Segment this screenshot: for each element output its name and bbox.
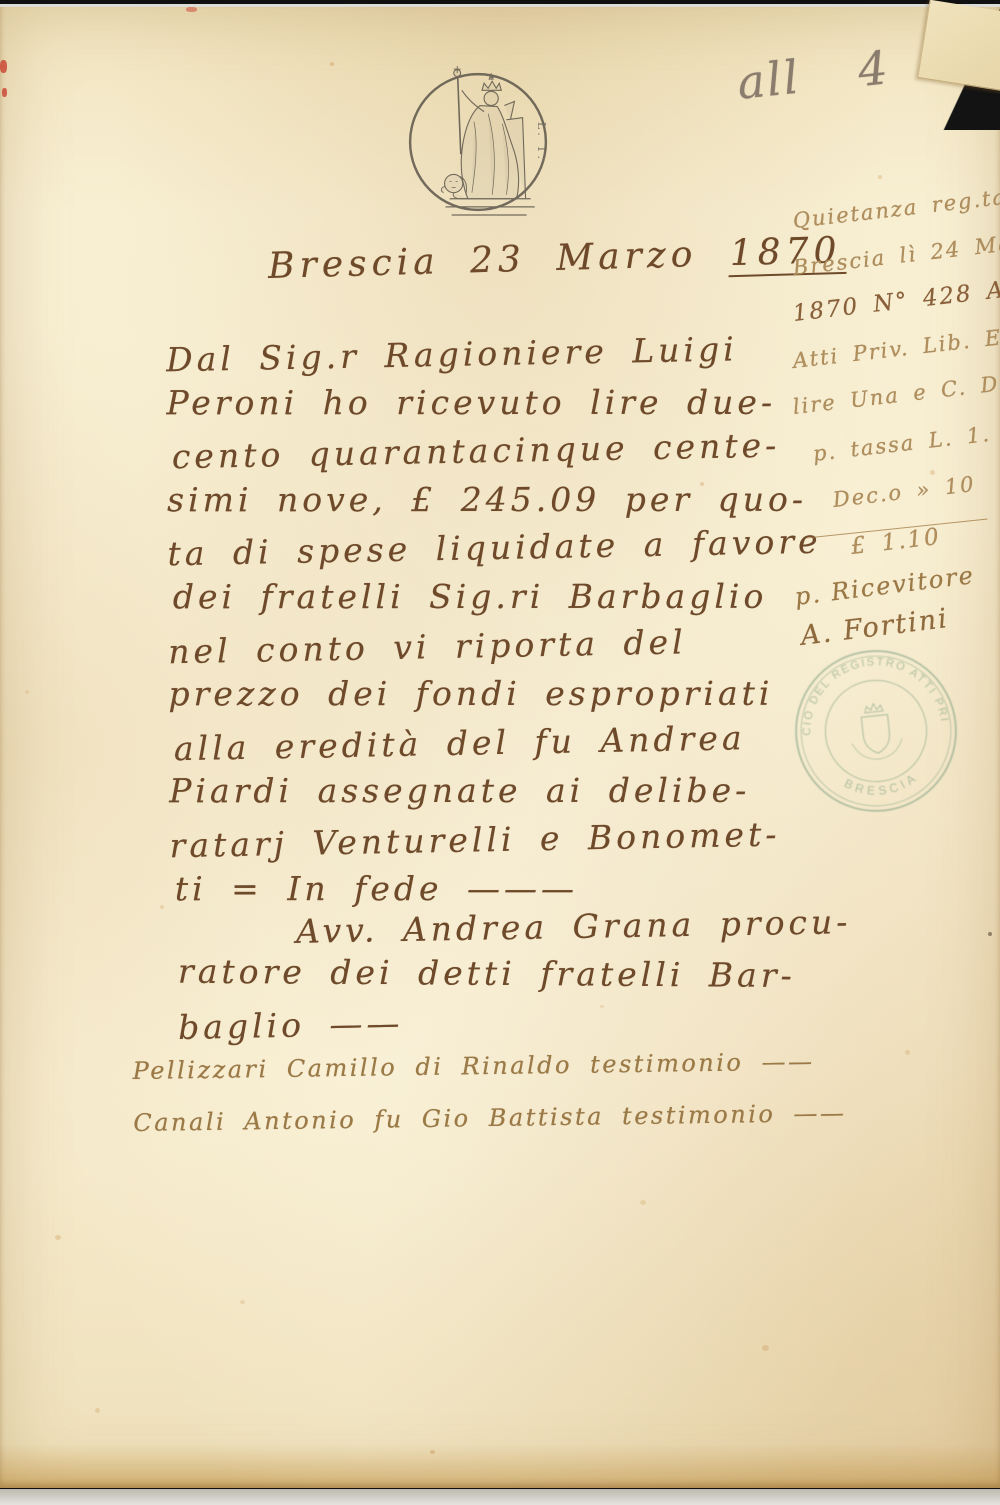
body-line: Piardi assegnate ai delibe- bbox=[169, 767, 823, 816]
receipt-body: Dal Sig.r Ragioniere Luigi Peroni ho ric… bbox=[166, 328, 824, 916]
foxing-spot bbox=[640, 1200, 646, 1205]
body-line: dei fratelli Sig.ri Barbaglio bbox=[173, 573, 822, 622]
body-line: nel conto vi riporta del bbox=[168, 615, 823, 676]
foxing-spot bbox=[930, 470, 935, 475]
folded-corner-patch bbox=[917, 0, 1000, 91]
round-stamp-icon: UFFICIO DEL REGISTRO ATTI PRIVATI BRESCI… bbox=[781, 636, 970, 825]
foxing-spot bbox=[240, 1300, 245, 1304]
seal-denomination: L. 1. bbox=[535, 122, 548, 162]
body-line: alla eredità del fu Andrea bbox=[173, 713, 823, 774]
foxing-spot bbox=[762, 1345, 769, 1351]
document-scan: L. 1. all 4 Brescia 23 Marzo 1870 Dal Si… bbox=[0, 0, 1000, 1505]
foxing-spot bbox=[160, 905, 164, 909]
foxing-spot bbox=[878, 175, 882, 179]
attorney-signature: Avv. Andrea Grana procu- ratore dei dett… bbox=[178, 903, 851, 1044]
body-line: prezzo dei fondi espropriati bbox=[168, 670, 822, 719]
scan-bottom-edge bbox=[0, 1489, 1000, 1505]
foxing-spot bbox=[330, 62, 334, 66]
registration-note: Quietanza reg.ta a Brescia lì 24 Marzo 1… bbox=[793, 198, 1000, 570]
foxing-spot bbox=[430, 1450, 435, 1454]
red-edge-mark bbox=[186, 7, 197, 12]
revenue-seal: L. 1. bbox=[403, 60, 555, 224]
office-ink-stamp: UFFICIO DEL REGISTRO ATTI PRIVATI BRESCI… bbox=[781, 636, 970, 825]
foxing-spot bbox=[25, 690, 29, 694]
svg-text:BRESCIA: BRESCIA bbox=[841, 769, 923, 802]
body-line: ta di spese liquidate a favore bbox=[167, 518, 822, 579]
attorney-line: Avv. Andrea Grana procu- bbox=[296, 898, 852, 955]
body-line: ratarj Venturelli e Bonomet- bbox=[169, 810, 824, 871]
foxing-spot bbox=[95, 1408, 100, 1413]
body-line: Dal Sig.r Ragioniere Luigi bbox=[166, 324, 821, 385]
ink-dot bbox=[988, 932, 992, 936]
body-line: Peroni ho ricevuto lire due- bbox=[166, 378, 820, 427]
red-edge-mark bbox=[2, 88, 7, 97]
foxing-spot bbox=[600, 1005, 604, 1008]
red-edge-mark bbox=[0, 60, 7, 73]
body-line: simi nove, £ 245.09 per quo- bbox=[167, 475, 821, 524]
body-line: cento quarantacinque cente- bbox=[171, 421, 821, 482]
foxing-spot bbox=[905, 1050, 910, 1055]
stamp-bottom-text: BRESCIA bbox=[841, 769, 923, 802]
scan-edge-line bbox=[0, 4, 1000, 7]
witness-line: Canali Antonio fu Gio Battista testimoni… bbox=[133, 1087, 847, 1149]
seated-figure-seal-icon: L. 1. bbox=[403, 60, 555, 224]
foxing-spot bbox=[700, 482, 704, 486]
witness-signatures: Pellizzari Camillo di Rinaldo testimonio… bbox=[132, 1035, 847, 1149]
foxing-spot bbox=[55, 1235, 61, 1240]
